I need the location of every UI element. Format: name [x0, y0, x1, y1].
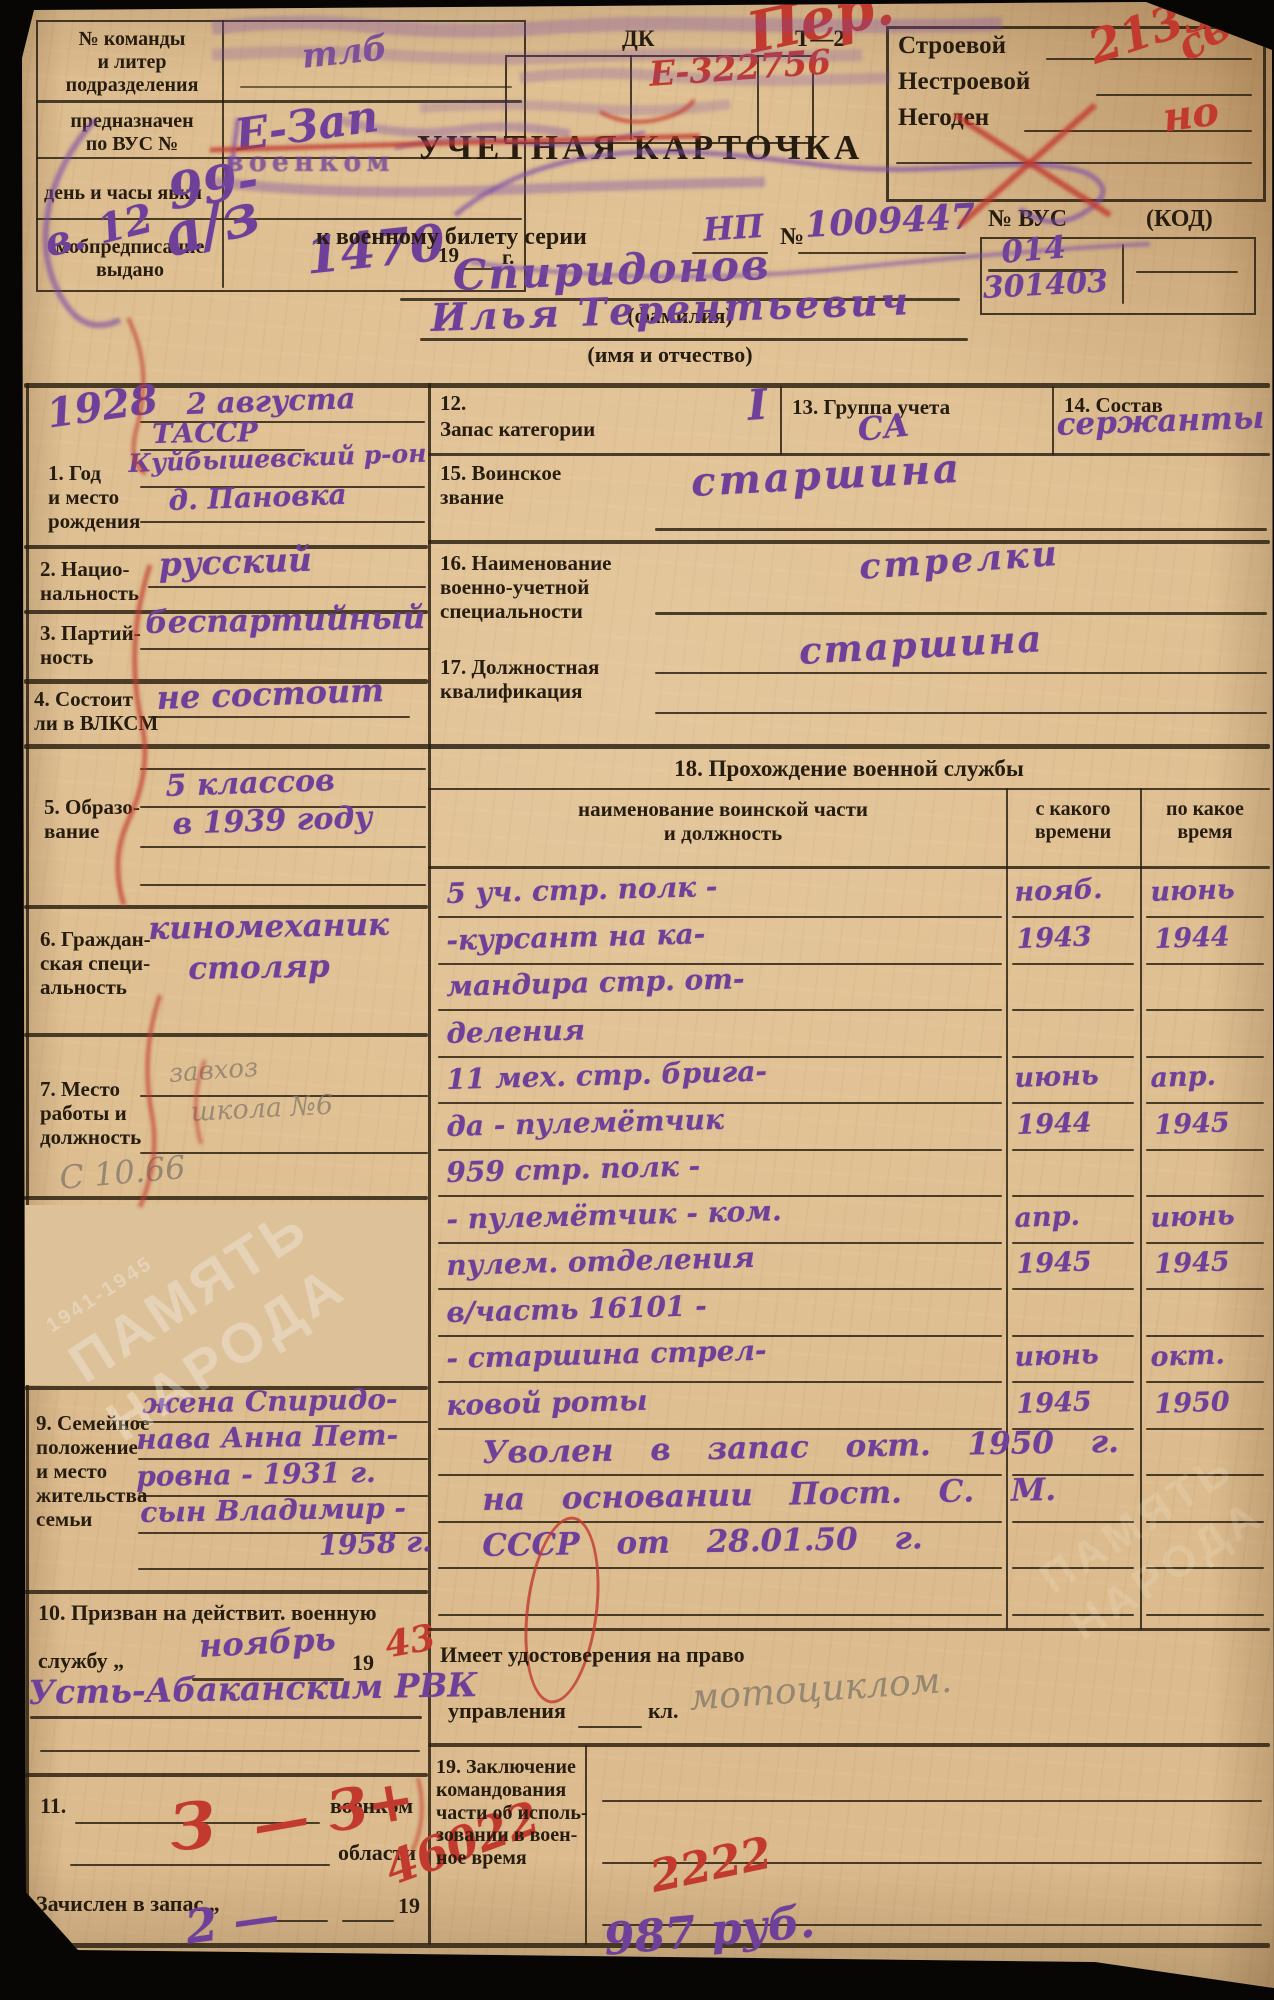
rule-line [438, 1428, 1002, 1430]
rule-line [438, 1614, 1002, 1616]
rule-line [1146, 1428, 1264, 1430]
rule-line [1146, 1149, 1264, 1151]
rule-line [438, 1521, 1002, 1523]
service-text: окт. [1150, 1340, 1225, 1373]
rule-line [1146, 1195, 1264, 1197]
card-paper: № команды и литер подразделения тлб пред… [0, 0, 1274, 2000]
license-label-2: управления [448, 1698, 566, 1723]
rule-line [438, 1149, 1002, 1151]
license-label-3: кл. [648, 1698, 679, 1723]
service-text: 959 стр. полк - [446, 1150, 701, 1189]
service-table-body: 5 уч. стр. полк --курсант на ка-мандира … [0, 0, 1274, 2000]
rule-line [1146, 1009, 1264, 1011]
rule-line [1146, 1102, 1264, 1104]
rule-line [1012, 1381, 1134, 1383]
rule-line [438, 1195, 1002, 1197]
service-text: мандира стр. от- [446, 963, 745, 1003]
rule-line [1146, 1288, 1264, 1290]
license-label-1: Имеет удостоверения на право [440, 1642, 745, 1667]
rule-line [1146, 1381, 1264, 1383]
rule-line [1012, 1242, 1134, 1244]
rule-line [1012, 1195, 1134, 1197]
service-text: июнь [1150, 875, 1235, 909]
rule-line [1012, 1149, 1134, 1151]
service-text: -курсант на ка- [446, 918, 706, 957]
rule-line [438, 1102, 1002, 1104]
rule-line [438, 1474, 1002, 1476]
rule-line [438, 963, 1002, 965]
service-text: на основании Пост. С. М. [482, 1472, 1056, 1517]
service-text: в/часть 16101 - [446, 1290, 707, 1329]
rule-line [1146, 1335, 1264, 1337]
section-line [428, 1743, 1270, 1747]
service-text: ковой роты [446, 1384, 648, 1421]
service-text: апр. [1150, 1062, 1216, 1095]
rule-line [1146, 1242, 1264, 1244]
service-text: - старшина стрел- [446, 1335, 767, 1375]
rule-line [1146, 1614, 1264, 1616]
service-text: 1945 [1016, 1387, 1092, 1420]
rule-line [438, 1288, 1002, 1290]
service-text: 1944 [1016, 1108, 1092, 1141]
rule-line [1012, 963, 1134, 965]
rule-line [438, 1056, 1002, 1058]
service-text: 1944 [1154, 922, 1230, 955]
service-text: июнь [1014, 1061, 1099, 1095]
rule-line [438, 1567, 1002, 1569]
rule-line [1012, 1288, 1134, 1290]
rule-line [438, 1242, 1002, 1244]
service-text: деления [446, 1014, 585, 1050]
service-text: апр. [1014, 1201, 1080, 1234]
service-text: да - пулемётчик [446, 1103, 724, 1142]
service-text: июнь [1150, 1201, 1235, 1235]
service-text: - пулемётчик - ком. [446, 1195, 782, 1236]
service-text: 1945 [1154, 1108, 1230, 1141]
rule-line [1012, 1056, 1134, 1058]
rule-line [578, 1726, 642, 1728]
rule-line [1012, 1474, 1134, 1476]
rule-line [438, 916, 1002, 918]
rule-line [1012, 1428, 1134, 1430]
service-text: июнь [1014, 1340, 1099, 1374]
rule-line [438, 1381, 1002, 1383]
service-text: 1945 [1016, 1247, 1092, 1280]
field19-label: 19. Заключение командования части об исп… [436, 1756, 596, 1870]
rule-line [1012, 1102, 1134, 1104]
service-text: пулем. отделения [446, 1242, 755, 1282]
rule-line [1146, 1056, 1264, 1058]
rule-line [1012, 916, 1134, 918]
document-scan: № команды и литер подразделения тлб пред… [0, 0, 1274, 2000]
rule-line [1012, 1009, 1134, 1011]
service-text: 11 мех. стр. брига- [446, 1056, 767, 1096]
service-text: 5 уч. стр. полк - [446, 871, 718, 910]
service-text: нояб. [1014, 875, 1103, 909]
rule-line [602, 1800, 1262, 1802]
service-text: 1945 [1154, 1247, 1230, 1280]
rule-line [1146, 963, 1264, 965]
service-text: Уволен в запас окт. 1950 г. [482, 1425, 1119, 1471]
service-text: 1950 [1154, 1387, 1230, 1420]
service-text: 1943 [1016, 922, 1092, 955]
rule-line [1012, 1335, 1134, 1337]
rule-line [438, 1335, 1002, 1337]
rule-line [1146, 916, 1264, 918]
rule-line [438, 1009, 1002, 1011]
